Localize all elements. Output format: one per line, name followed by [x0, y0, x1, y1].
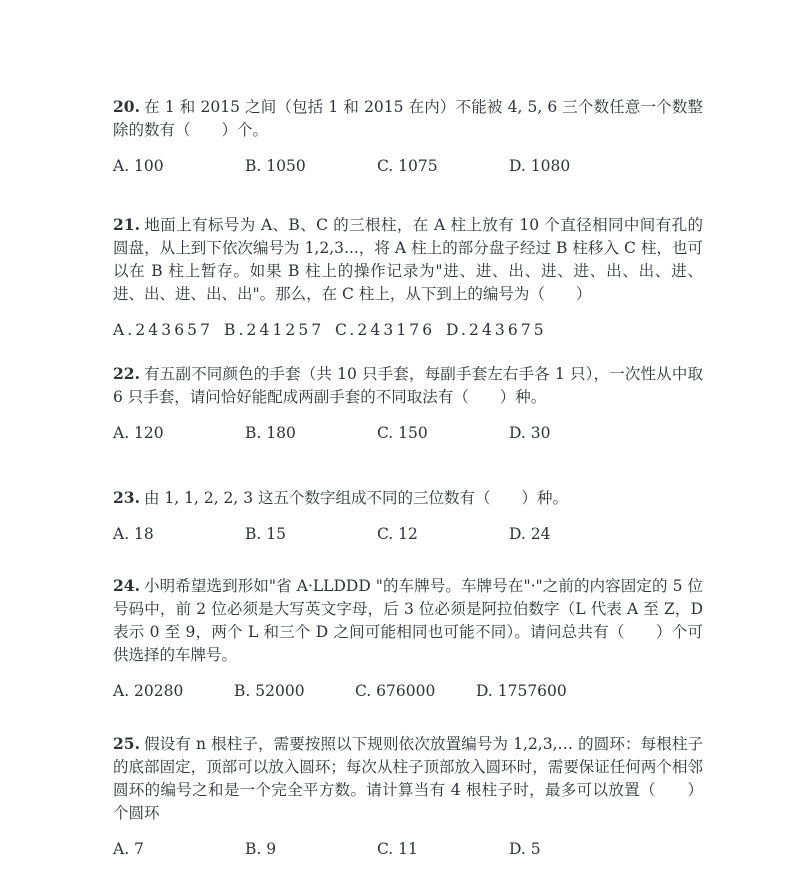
option-a: A. 20280 — [113, 680, 234, 703]
option-d: D. 1757600 — [476, 680, 597, 703]
option-b: B. 180 — [245, 422, 377, 445]
question-22: 22.有五副不同颜色的手套（共 10 只手套，每副手套左右手各 1 只），一次性… — [113, 362, 703, 445]
question-number: 25. — [113, 734, 140, 753]
document-page: 20.在 1 和 2015 之间（包括 1 和 2015 在内）不能被 4, 5… — [0, 0, 811, 861]
question-25: 25.假设有 n 根柱子，需要按照以下规则依次放置编号为 1,2,3,… 的圆环… — [113, 732, 703, 861]
question-number: 22. — [113, 364, 140, 383]
options-row: A. 18 B. 15 C. 12 D. 24 — [113, 523, 703, 546]
question-text: 24.小明希望选到形如"省 A·LLDDD "的车牌号。车牌号在"·"之前的内容… — [113, 574, 703, 667]
question-text: 20.在 1 和 2015 之间（包括 1 和 2015 在内）不能被 4, 5… — [113, 95, 703, 142]
option-a: A. 18 — [113, 523, 245, 546]
option-d: D. 24 — [509, 523, 641, 546]
question-23: 23.由 1, 1, 2, 2, 3 这五个数字组成不同的三位数有（ ）种。 A… — [113, 486, 703, 546]
option-a: A. 120 — [113, 422, 245, 445]
options-row: A. 20280 B. 52000 C. 676000 D. 1757600 — [113, 680, 703, 703]
option-c: C. 676000 — [355, 680, 476, 703]
question-body: 小明希望选到形如"省 A·LLDDD "的车牌号。车牌号在"·"之前的内容固定的… — [113, 577, 703, 664]
option-b: B. 15 — [245, 523, 377, 546]
option-c: C. 11 — [377, 838, 509, 861]
options-row: A. 120 B. 180 C. 150 D. 30 — [113, 422, 703, 445]
options-row: A. 100 B. 1050 C. 1075 D. 1080 — [113, 155, 703, 178]
question-20: 20.在 1 和 2015 之间（包括 1 和 2015 在内）不能被 4, 5… — [113, 95, 703, 178]
question-body: 由 1, 1, 2, 2, 3 这五个数字组成不同的三位数有（ ）种。 — [144, 489, 568, 507]
question-body: 假设有 n 根柱子，需要按照以下规则依次放置编号为 1,2,3,… 的圆环：每根… — [113, 735, 703, 822]
question-number: 23. — [113, 488, 140, 507]
question-text: 25.假设有 n 根柱子，需要按照以下规则依次放置编号为 1,2,3,… 的圆环… — [113, 732, 703, 825]
question-text: 22.有五副不同颜色的手套（共 10 只手套，每副手套左右手各 1 只），一次性… — [113, 362, 703, 409]
option-c: C. 1075 — [377, 155, 509, 178]
question-number: 20. — [113, 97, 140, 116]
question-number: 21. — [113, 215, 140, 234]
option-c: C.243176 — [335, 319, 446, 342]
option-b: B. 1050 — [245, 155, 377, 178]
question-body: 有五副不同颜色的手套（共 10 只手套，每副手套左右手各 1 只），一次性从中取… — [113, 365, 703, 406]
option-c: C. 150 — [377, 422, 509, 445]
option-d: D. 5 — [509, 838, 641, 861]
option-a: A.243657 — [113, 319, 224, 342]
question-body: 地面上有标号为 A、B、C 的三根柱，在 A 柱上放有 10 个直径相同中间有孔… — [113, 216, 703, 303]
question-24: 24.小明希望选到形如"省 A·LLDDD "的车牌号。车牌号在"·"之前的内容… — [113, 574, 703, 703]
option-b: B. 52000 — [234, 680, 355, 703]
option-b: B. 9 — [245, 838, 377, 861]
question-body: 在 1 和 2015 之间（包括 1 和 2015 在内）不能被 4, 5, 6… — [113, 98, 703, 139]
option-c: C. 12 — [377, 523, 509, 546]
question-21: 21.地面上有标号为 A、B、C 的三根柱，在 A 柱上放有 10 个直径相同中… — [113, 213, 703, 342]
option-d: D. 30 — [509, 422, 641, 445]
options-row: A. 7 B. 9 C. 11 D. 5 — [113, 838, 703, 861]
question-text: 23.由 1, 1, 2, 2, 3 这五个数字组成不同的三位数有（ ）种。 — [113, 486, 703, 510]
option-a: A. 100 — [113, 155, 245, 178]
option-d: D.243675 — [446, 319, 557, 342]
option-a: A. 7 — [113, 838, 245, 861]
question-number: 24. — [113, 576, 140, 595]
question-text: 21.地面上有标号为 A、B、C 的三根柱，在 A 柱上放有 10 个直径相同中… — [113, 213, 703, 306]
option-d: D. 1080 — [509, 155, 641, 178]
options-row: A.243657 B.241257 C.243176 D.243675 — [113, 319, 703, 342]
option-b: B.241257 — [224, 319, 335, 342]
